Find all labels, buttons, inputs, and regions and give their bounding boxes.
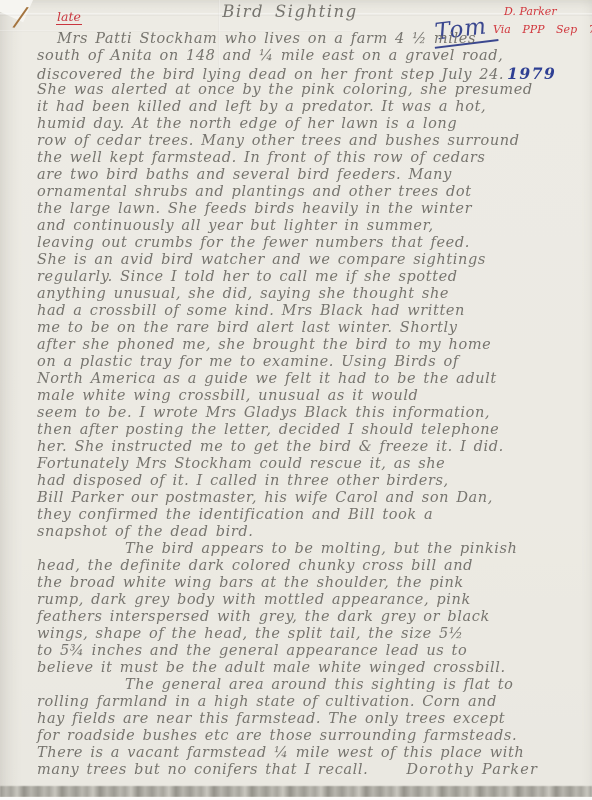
letter-line: male white wing crossbill, unusual as it…	[37, 388, 574, 405]
line-text: believe it must be the adult male white …	[37, 660, 506, 676]
line-text: had a crossbill of some kind. Mrs Black …	[37, 303, 465, 319]
line-text: it had been killed and left by a predato…	[37, 99, 486, 115]
letter-line: me to be on the rare bird alert last win…	[37, 320, 574, 337]
letter-line: anything unusual, she did, saying she th…	[37, 286, 574, 303]
line-text: There is a vacant farmstead ¼ mile west …	[37, 745, 524, 761]
letter-line: it had been killed and left by a predato…	[37, 99, 574, 116]
late-annotation: late	[56, 9, 82, 25]
letter-line: her. She instructed me to get the bird &…	[37, 439, 574, 456]
letter-line: rolling farmland in a high state of cult…	[37, 694, 574, 711]
letter-line: row of cedar trees. Many other trees and…	[37, 133, 574, 150]
letter-line: after she phoned me, she brought the bir…	[37, 337, 574, 354]
letter-line: Mrs Patti Stockham who lives on a farm 4…	[37, 31, 574, 48]
line-text: wings, shape of the head, the split tail…	[37, 626, 463, 642]
line-text: Fortunately Mrs Stockham could rescue it…	[37, 456, 445, 472]
line-text: many trees but no conifers that I recall…	[37, 762, 368, 778]
letter-line: then after posting the letter, decided I…	[37, 422, 574, 439]
line-text: Bill Parker our postmaster, his wife Car…	[37, 490, 493, 506]
letter-line: The bird appears to be molting, but the …	[37, 541, 574, 558]
signature: Dorothy Parker	[406, 762, 538, 778]
letter-line: Bill Parker our postmaster, his wife Car…	[37, 490, 574, 507]
page-title: Bird Sighting	[190, 2, 390, 21]
line-text: for roadside bushes etc are those surrou…	[37, 728, 517, 744]
letter-line: the well kept farmstead. In front of thi…	[37, 150, 574, 167]
line-text: and continuously all year but lighter in…	[37, 218, 434, 234]
line-text: me to be on the rare bird alert last win…	[37, 320, 458, 336]
line-text: the broad white wing bars at the shoulde…	[37, 575, 464, 591]
line-text: the well kept farmstead. In front of thi…	[37, 150, 485, 166]
line-text: row of cedar trees. Many other trees and…	[37, 133, 520, 149]
line-text: anything unusual, she did, saying she th…	[37, 286, 449, 302]
line-text: She was alerted at once by the pink colo…	[37, 82, 533, 98]
line-text: to 5¾ inches and the general appearance …	[37, 643, 467, 659]
line-text: then after posting the letter, decided I…	[37, 422, 499, 438]
letter-line: She was alerted at once by the pink colo…	[37, 82, 574, 99]
line-text: had disposed of it. I called in three ot…	[37, 473, 449, 489]
letter-line: are two bird baths and several bird feed…	[37, 167, 574, 184]
letter-line: they confirmed the identification and Bi…	[37, 507, 574, 524]
letter-line: believe it must be the adult male white …	[37, 660, 574, 677]
letter-body: Mrs Patti Stockham who lives on a farm 4…	[37, 31, 574, 779]
letter-line: the large lawn. She feeds birds heavily …	[37, 201, 574, 218]
line-text: after she phoned me, she brought the bir…	[37, 337, 491, 353]
letter-line: humid day. At the north edge of her lawn…	[37, 116, 574, 133]
line-text: The general area around this sighting is…	[125, 677, 513, 693]
letter-line: hay fields are near this farmstead. The …	[37, 711, 574, 728]
letter-line: discovered the bird lying dead on her fr…	[37, 65, 574, 82]
letter-line: Fortunately Mrs Stockham could rescue it…	[37, 456, 574, 473]
line-text: Mrs Patti Stockham who lives on a farm 4…	[57, 31, 476, 47]
year-annotation: 1979	[504, 64, 556, 83]
line-text: rolling farmland in a high state of cult…	[37, 694, 497, 710]
letter-line: on a plastic tray for me to examine. Usi…	[37, 354, 574, 371]
letter-line: to 5¾ inches and the general appearance …	[37, 643, 574, 660]
letter-line: and continuously all year but lighter in…	[37, 218, 574, 235]
letter-line: North America as a guide we felt it had …	[37, 371, 574, 388]
letter-line: leaving out crumbs for the fewer numbers…	[37, 235, 574, 252]
line-text: She is an avid bird watcher and we compa…	[37, 252, 486, 268]
line-text: male white wing crossbill, unusual as it…	[37, 388, 418, 404]
letter-line: feathers interspersed with grey, the dar…	[37, 609, 574, 626]
line-text: they confirmed the identification and Bi…	[37, 507, 433, 523]
line-text: seem to be. I wrote Mrs Gladys Black thi…	[37, 405, 490, 421]
line-text: the large lawn. She feeds birds heavily …	[37, 201, 472, 217]
line-text: regularly. Since I told her to call me i…	[37, 269, 458, 285]
line-text: are two bird baths and several bird feed…	[37, 167, 452, 183]
line-text: south of Anita on 148 and ¼ mile east on…	[37, 48, 503, 64]
letter-line: wings, shape of the head, the split tail…	[37, 626, 574, 643]
line-text: feathers interspersed with grey, the dar…	[37, 609, 490, 625]
letter-line: There is a vacant farmstead ¼ mile west …	[37, 745, 574, 762]
letter-line: head, the definite dark colored chunky c…	[37, 558, 574, 575]
letter-line: south of Anita on 148 and ¼ mile east on…	[37, 48, 574, 65]
letter-line: regularly. Since I told her to call me i…	[37, 269, 574, 286]
routing-note-name: D. Parker	[504, 5, 557, 18]
line-text: her. She instructed me to get the bird &…	[37, 439, 504, 455]
letter-line: The general area around this sighting is…	[37, 677, 574, 694]
letter-paper: / late Bird Sighting Tom D. Parker Via P…	[0, 0, 592, 800]
letter-line: snapshot of the dead bird.	[37, 524, 574, 541]
torn-bottom-edge	[0, 786, 592, 797]
line-text: leaving out crumbs for the fewer numbers…	[37, 235, 470, 251]
letter-line: many trees but no conifers that I recall…	[37, 762, 574, 779]
letter-line: She is an avid bird watcher and we compa…	[37, 252, 574, 269]
letter-line: had disposed of it. I called in three ot…	[37, 473, 574, 490]
line-text: head, the definite dark colored chunky c…	[37, 558, 473, 574]
line-text: rump, dark grey body with mottled appear…	[37, 592, 471, 608]
letter-line: ornamental shrubs and plantings and othe…	[37, 184, 574, 201]
line-text: humid day. At the north edge of her lawn…	[37, 116, 457, 132]
line-text: hay fields are near this farmstead. The …	[37, 711, 505, 727]
letter-line: had a crossbill of some kind. Mrs Black …	[37, 303, 574, 320]
letter-line: rump, dark grey body with mottled appear…	[37, 592, 574, 609]
letter-line: the broad white wing bars at the shoulde…	[37, 575, 574, 592]
line-text: The bird appears to be molting, but the …	[125, 541, 518, 557]
line-text: on a plastic tray for me to examine. Usi…	[37, 354, 459, 370]
line-text: ornamental shrubs and plantings and othe…	[37, 184, 472, 200]
letter-line: for roadside bushes etc are those surrou…	[37, 728, 574, 745]
line-text: discovered the bird lying dead on her fr…	[37, 67, 504, 83]
line-text: North America as a guide we felt it had …	[37, 371, 497, 387]
letter-line: seem to be. I wrote Mrs Gladys Black thi…	[37, 405, 574, 422]
line-text: snapshot of the dead bird.	[37, 524, 253, 540]
